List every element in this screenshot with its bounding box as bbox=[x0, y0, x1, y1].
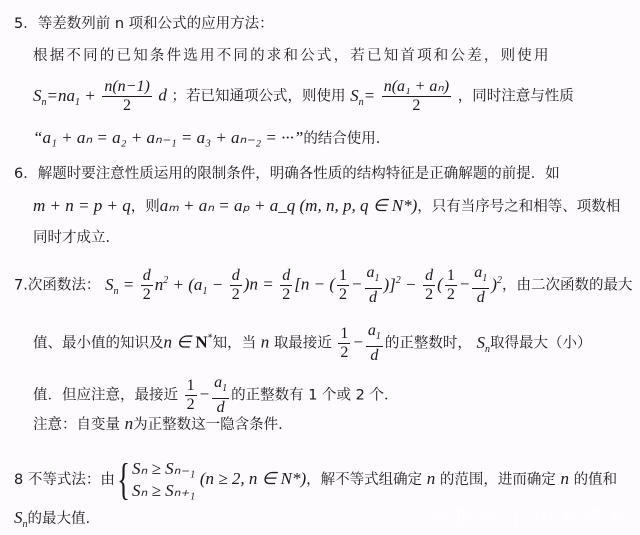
fraction: n(n−1)2 bbox=[102, 78, 151, 115]
item5-line2: Sn=na1 + n(n−1)2 d ；若已知通项公式，则使用 Sn= n(a₁… bbox=[33, 78, 574, 115]
inequality-system: Sₙ ≥ Sₙ₋₁Sₙ ≥ Sₙ₊₁ bbox=[132, 458, 195, 502]
fraction: n(a₁ + aₙ)2 bbox=[382, 78, 451, 115]
item7-line1: 7.次函数法： Sn = d2n2 + (a1 − d2)n = d2[n − … bbox=[14, 264, 632, 307]
item8-line1: 8 不等式法：由{Sₙ ≥ Sₙ₋₁Sₙ ≥ Sₙ₊₁ (n ≥ 2, n ∈ … bbox=[14, 458, 617, 502]
item6-line3: 同时才成立． bbox=[33, 228, 120, 248]
item7-note: 注意：自变量 n为正整数这一隐含条件. bbox=[33, 414, 283, 435]
item8-line2: Sn的最大值. bbox=[14, 508, 90, 535]
watermark: 快报号 | 中考高考 bbox=[431, 500, 630, 529]
item6-line1: 6．解题时要注意性质运用的限制条件，明确各性质的结构特征是正确解题的前提．如 bbox=[14, 164, 560, 184]
item7-line3: 值．但应注意，最接近 12−a1d的正整数有 1 个或 2 个． bbox=[33, 374, 398, 417]
item6-line2: m + n = p + q，则aₘ + aₙ = aₚ + a_q (m, n,… bbox=[33, 196, 620, 217]
sn-formula: Sn=na1 + bbox=[33, 86, 96, 105]
item5-heading: 5．等差数列前 n 项和公式的应用方法： bbox=[14, 14, 274, 34]
left-brace: { bbox=[117, 458, 130, 502]
item7-line2: 值、最小值的知识及n ∈ N*知，当 n 取最接近 12−a1d的正整数时， S… bbox=[33, 322, 592, 365]
item5-line1: 根据不同的已知条件选用不同的求和公式，若已知首项和公差，则使用 bbox=[33, 46, 551, 66]
item5-line3: “a₁ + aₙ = a₂ + aₙ₋₁ = a₃ + aₙ₋₂ = ···”的… bbox=[33, 128, 380, 149]
